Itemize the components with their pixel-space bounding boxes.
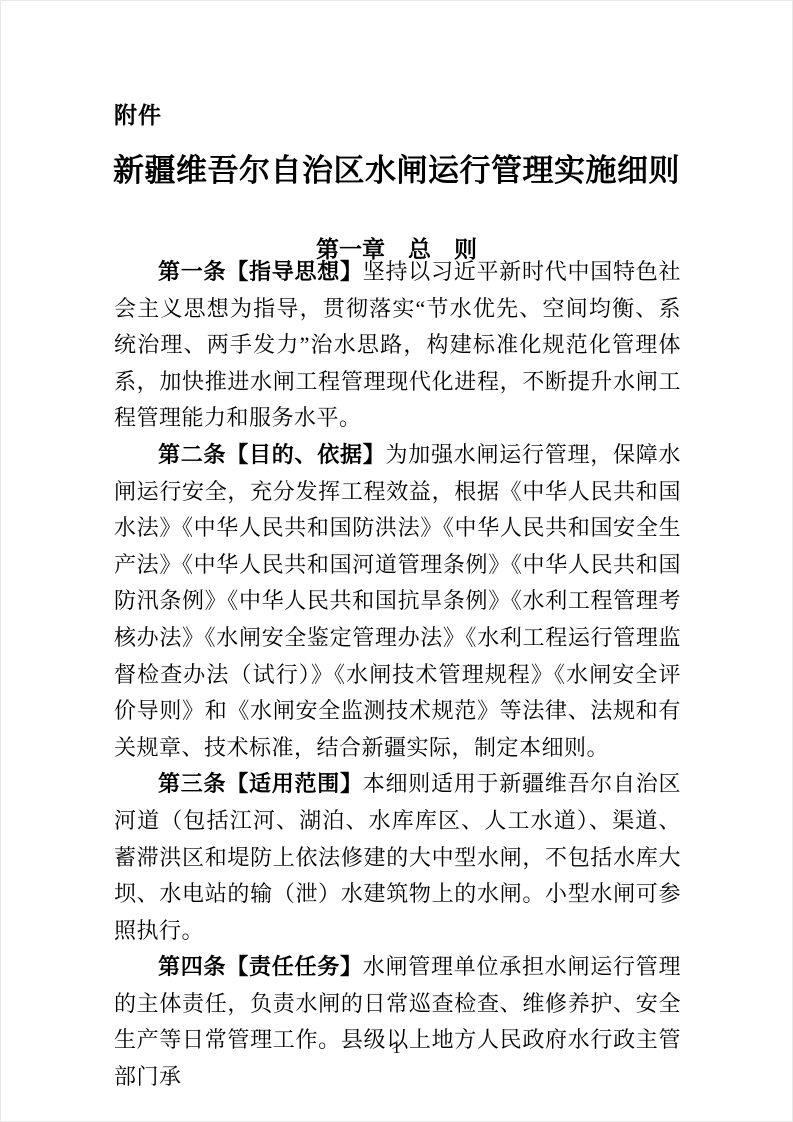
article-3-text: 本细则适用于新疆维吾尔自治区河道（包括江河、湖泊、水库库区、人工水道）、渠道、蓄… [114, 771, 681, 942]
article-3-head: 第三条【适用范围】 [158, 771, 363, 796]
article-paragraph-3: 第三条【适用范围】本细则适用于新疆维吾尔自治区河道（包括江河、湖泊、水库库区、人… [114, 766, 681, 949]
article-paragraph-1: 第一条【指导思想】坚持以习近平新时代中国特色社会主义思想为指导，贯彻落实“节水优… [114, 254, 681, 437]
article-4-head: 第四条【责任任务】 [158, 954, 363, 979]
document-body: 第一条【指导思想】坚持以习近平新时代中国特色社会主义思想为指导，贯彻落实“节水优… [114, 254, 681, 1096]
document-title: 新疆维吾尔自治区水闸运行管理实施细则 [1, 151, 792, 191]
article-1-head: 第一条【指导思想】 [158, 259, 363, 284]
page-number: 1 [1, 1037, 792, 1059]
article-2-text: 为加强水闸运行管理，保障水闸运行安全，充分发挥工程效益，根据《中华人民共和国水法… [114, 442, 681, 760]
document-page: 附件 新疆维吾尔自治区水闸运行管理实施细则 第一章 总 则 第一条【指导思想】坚… [0, 0, 793, 1122]
article-paragraph-2: 第二条【目的、依据】为加强水闸运行管理，保障水闸运行安全，充分发挥工程效益，根据… [114, 437, 681, 766]
article-paragraph-4: 第四条【责任任务】水闸管理单位承担水闸运行管理的主体责任，负责水闸的日常巡查检查… [114, 949, 681, 1095]
attachment-label: 附件 [114, 102, 162, 130]
article-1-text: 坚持以习近平新时代中国特色社会主义思想为指导，贯彻落实“节水优先、空间均衡、系统… [114, 259, 681, 430]
article-2-head: 第二条【目的、依据】 [158, 442, 386, 467]
